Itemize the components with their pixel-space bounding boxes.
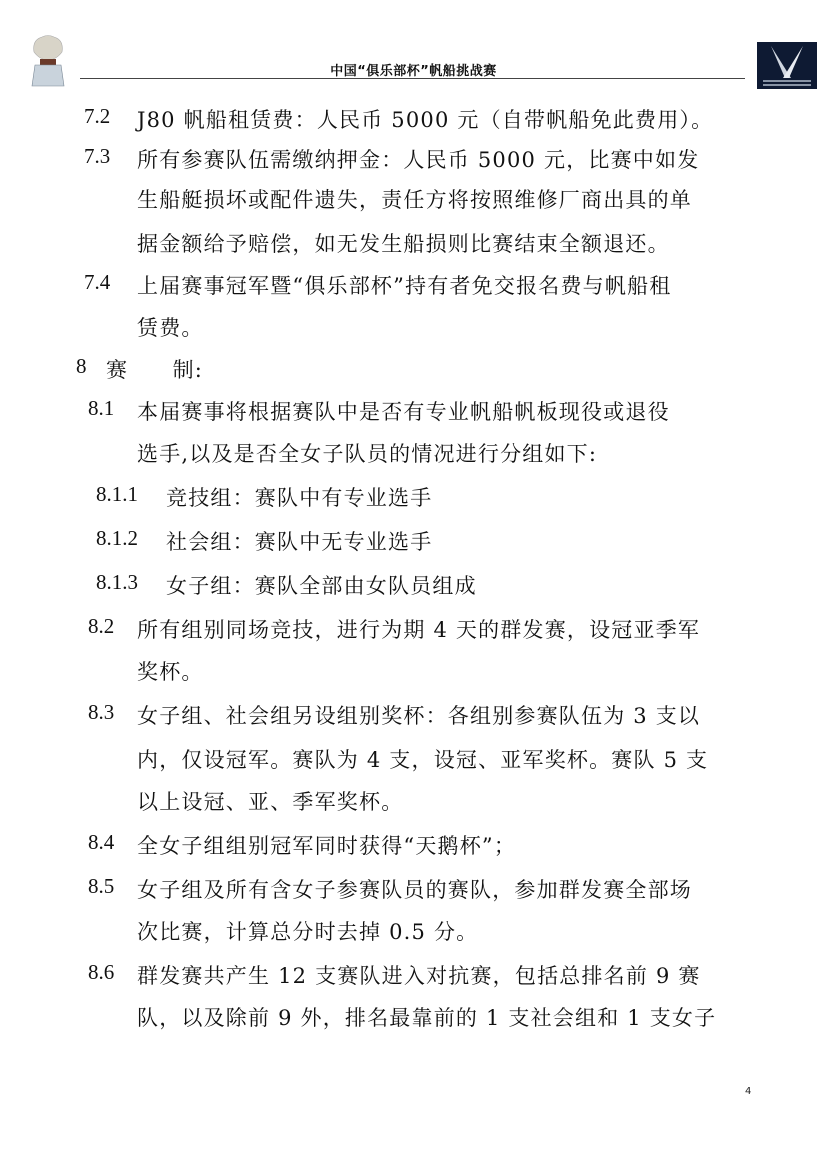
paragraph-line: 所有参赛队伍需缴纳押金：人民币 5000 元，比赛中如发 [137, 144, 699, 174]
paragraph-line: 女子组：赛队全部由女队员组成 [166, 570, 477, 600]
section-number: 7.2 [84, 104, 110, 129]
paragraph-line: J80 帆船租赁费：人民币 5000 元（自带帆船免此费用）。 [137, 104, 713, 134]
section-number: 8.2 [88, 614, 114, 639]
paragraph-line: 内，仅设冠军。赛队为 4 支，设冠、亚军奖杯。赛队 5 支 [137, 744, 708, 774]
section-number: 7.3 [84, 144, 110, 169]
paragraph-line: 全女子组组别冠军同时获得“天鹅杯”； [137, 830, 516, 860]
section-number: 8.1.2 [96, 526, 138, 551]
sail-logo-icon [757, 42, 817, 89]
section-number: 7.4 [84, 270, 110, 295]
header-divider [80, 78, 745, 79]
paragraph-line: 次比赛，计算总分时去掉 0.5 分。 [137, 916, 478, 946]
paragraph-line: 上届赛事冠军暨“俱乐部杯”持有者免交报名费与帆船租 [137, 270, 671, 300]
section-number: 8.6 [88, 960, 114, 985]
section-number: 8 [76, 354, 87, 379]
paragraph-line: 女子组及所有含女子参赛队员的赛队，参加群发赛全部场 [137, 874, 692, 904]
section-number: 8.1 [88, 396, 114, 421]
paragraph-line: 本届赛事将根据赛队中是否有专业帆船帆板现役或退役 [137, 396, 670, 426]
regatta-logo [757, 42, 817, 89]
paragraph-line: 社会组：赛队中无专业选手 [166, 526, 432, 556]
paragraph-line: 以上设冠、亚、季军奖杯。 [137, 786, 403, 816]
paragraph-line: 选手,以及是否全女子队员的情况进行分组如下: [137, 438, 597, 468]
section-number: 8.1.3 [96, 570, 138, 595]
section-number: 8.3 [88, 700, 114, 725]
paragraph-line: 所有组别同场竞技，进行为期 4 天的群发赛，设冠亚季军 [137, 614, 700, 644]
paragraph-line: 赁费。 [137, 312, 204, 342]
paragraph-line: 女子组、社会组另设组别奖杯：各组别参赛队伍为 3 支以 [137, 700, 700, 730]
paragraph-line: 队，以及除前 9 外，排名最靠前的 1 支社会组和 1 支女子 [137, 1002, 716, 1032]
paragraph-line: 据金额给予赔偿，如无发生船损则比赛结束全额退还。 [137, 228, 670, 258]
paragraph-line: 生船艇损坏或配件遗失，责任方将按照维修厂商出具的单 [137, 184, 692, 214]
paragraph-line: 赛 制: [106, 354, 203, 384]
section-number: 8.1.1 [96, 482, 138, 507]
section-number: 8.4 [88, 830, 114, 855]
paragraph-line: 竞技组：赛队中有专业选手 [166, 482, 432, 512]
page-number: 4 [745, 1086, 751, 1097]
paragraph-line: 奖杯。 [137, 656, 204, 686]
paragraph-line: 群发赛共产生 12 支赛队进入对抗赛，包括总排名前 9 赛 [137, 960, 701, 990]
header-title: 中国“俱乐部杯”帆船挑战赛 [0, 60, 827, 79]
section-number: 8.5 [88, 874, 114, 899]
page-header: 中国“俱乐部杯”帆船挑战赛 [0, 0, 827, 100]
